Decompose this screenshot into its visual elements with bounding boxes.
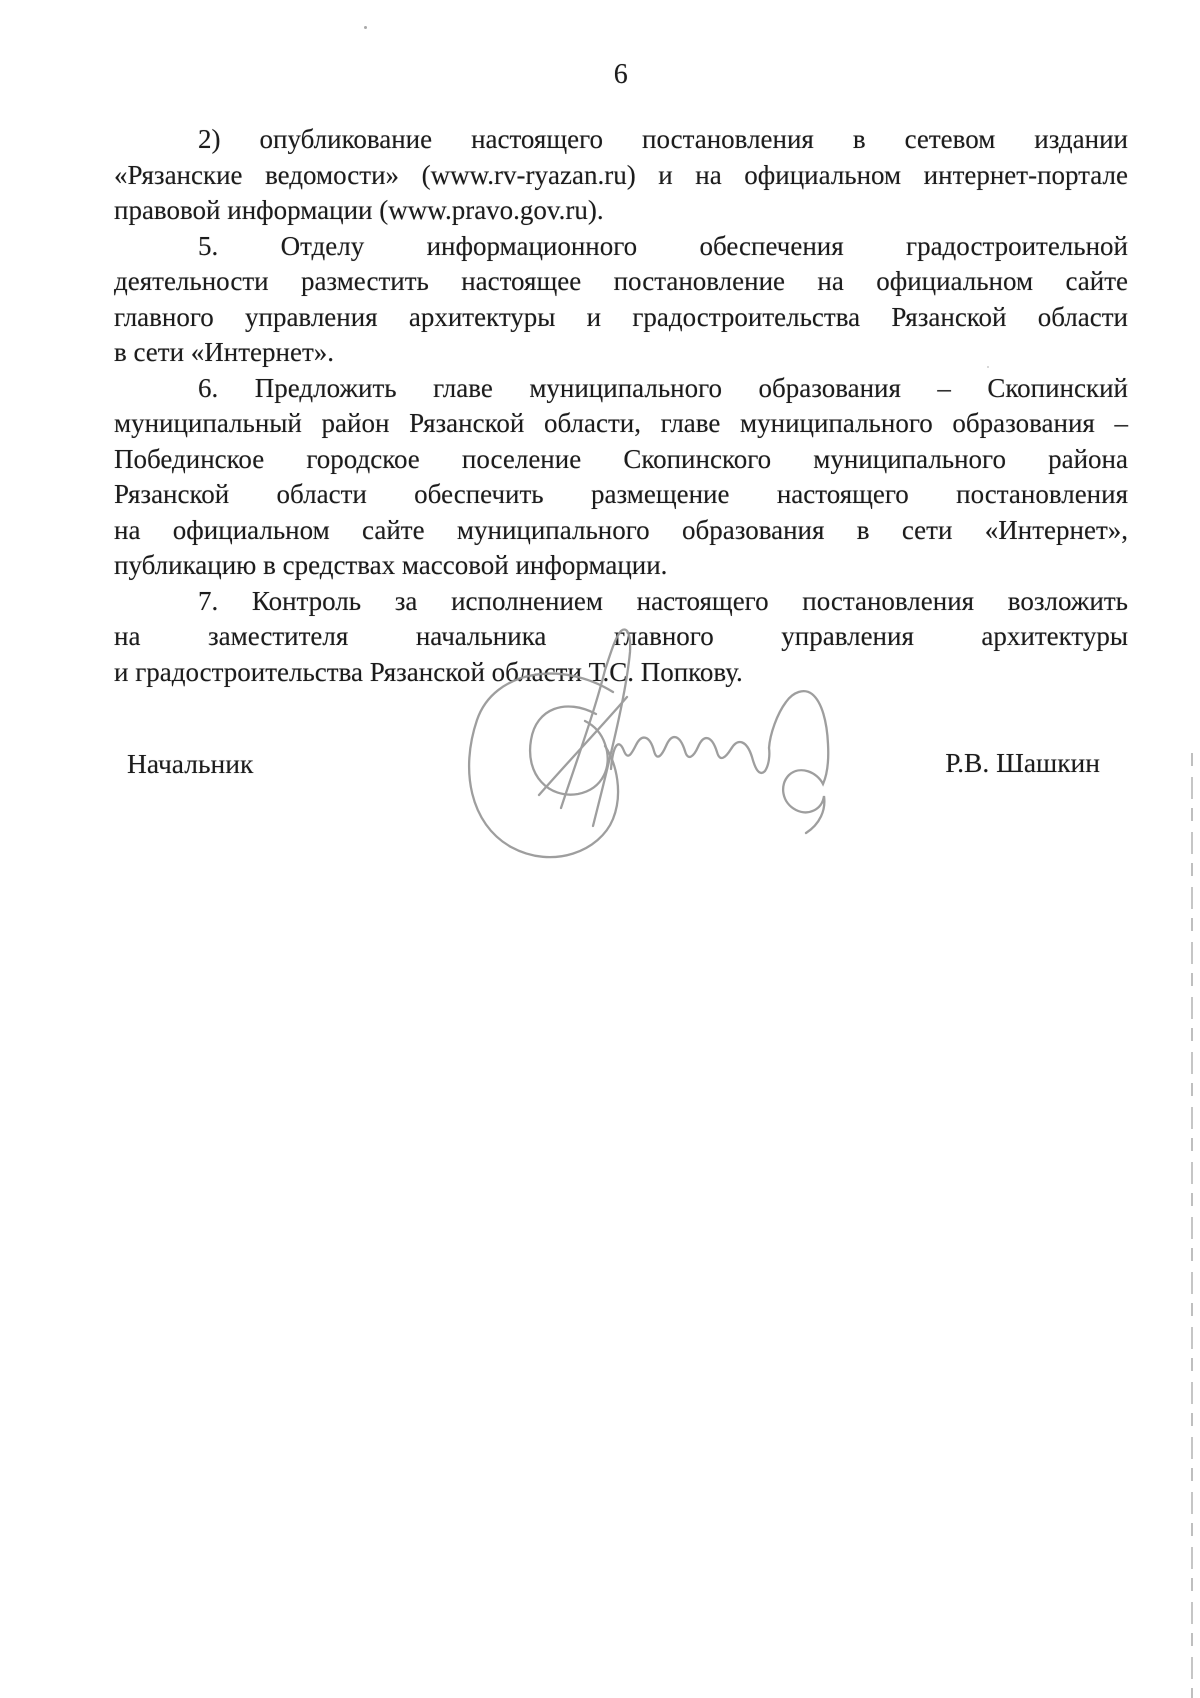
paragraph: 7. Контроль за исполнением настоящего по… [114, 584, 1128, 691]
paragraph-line: 2) опубликование настоящего постановлени… [114, 122, 1128, 158]
paragraph-line: деятельности разместить настоящее постан… [114, 264, 1128, 300]
paragraph-line: Побединское городское поселение Скопинск… [114, 442, 1128, 478]
scan-artifact-dashed-line [1191, 753, 1193, 1698]
document-page: 6 2) опубликование настоящего постановле… [0, 0, 1200, 1698]
paragraph-line: в сети «Интернет». [114, 335, 1128, 371]
paragraph-line: на заместителя начальника главного управ… [114, 619, 1128, 655]
paragraph-line: главного управления архитектуры и градос… [114, 300, 1128, 336]
paragraph-line: и градостроительства Рязанской области Т… [114, 655, 1128, 691]
paragraph: 6. Предложить главе муниципального образ… [114, 371, 1128, 584]
paragraph-line: публикацию в средствах массовой информац… [114, 548, 1128, 584]
page-number: 6 [114, 57, 1128, 92]
paragraph: 5. Отделу информационного обеспечения гр… [114, 229, 1128, 371]
scan-artifact-speck [987, 366, 989, 368]
signer-position-title: Начальник [127, 746, 253, 781]
document-body: 2) опубликование настоящего постановлени… [114, 122, 1128, 690]
paragraph-line: Рязанской области обеспечить размещение … [114, 477, 1128, 513]
paragraph-line: «Рязанские ведомости» (www.rv-ryazan.ru)… [114, 158, 1128, 194]
paragraph-line: правовой информации (www.pravo.gov.ru). [114, 193, 1128, 229]
paragraph: 2) опубликование настоящего постановлени… [114, 122, 1128, 229]
paragraph-line: 5. Отделу информационного обеспечения гр… [114, 229, 1128, 265]
scan-artifact-speck [364, 26, 367, 29]
paragraph-line: муниципальный район Рязанской области, г… [114, 406, 1128, 442]
paragraph-line: 6. Предложить главе муниципального образ… [114, 371, 1128, 407]
signer-name: Р.В. Шашкин [945, 745, 1100, 780]
paragraph-line: на официальном сайте муниципального обра… [114, 513, 1128, 549]
paragraph-line: 7. Контроль за исполнением настоящего по… [114, 584, 1128, 620]
